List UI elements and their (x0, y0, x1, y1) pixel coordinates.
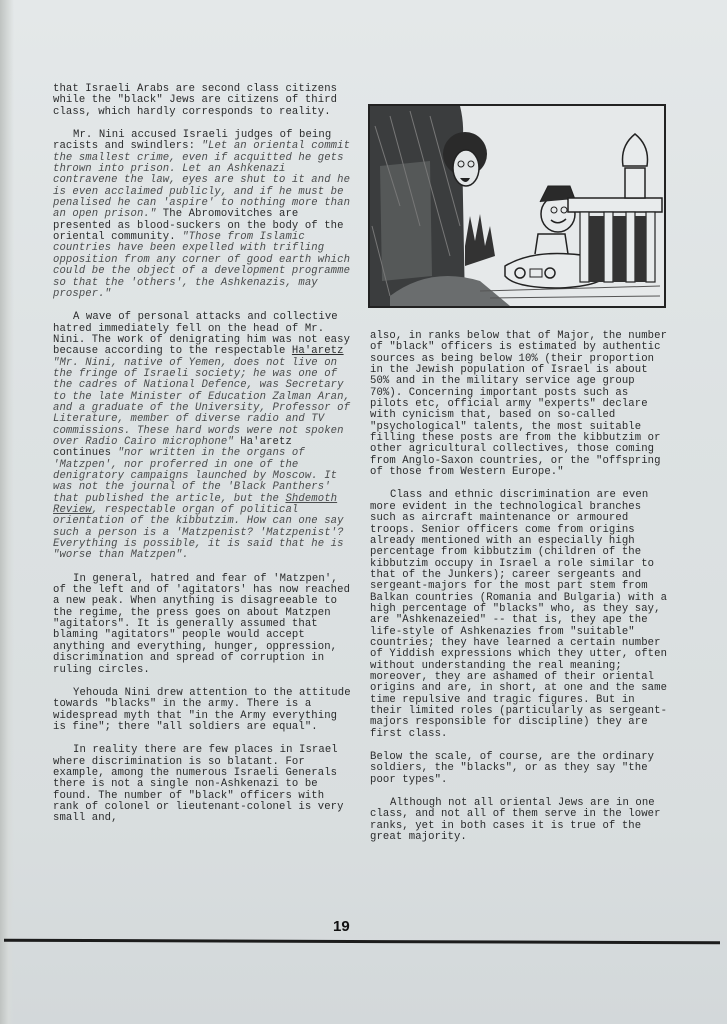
cartoon-drawing-icon (370, 106, 664, 306)
quoted-text: "Mr. Nini, native of Yemen, does not liv… (53, 357, 350, 448)
paragraph: Yehouda Nini drew attention to the attit… (53, 688, 353, 733)
left-text-column: that Israeli Arabs are second class citi… (53, 84, 353, 837)
cartoon-illustration (368, 104, 666, 308)
text-span: Ha'aretz (292, 345, 344, 357)
paragraph: In general, hatred and fear of 'Matzpen'… (53, 574, 353, 676)
paragraph: Mr. Nini accused Israeli judges of being… (53, 130, 353, 300)
paragraph: that Israeli Arabs are second class citi… (53, 84, 353, 118)
paragraph: also, in ranks below that of Major, the … (370, 331, 670, 478)
paragraph: Class and ethnic discrimination are even… (370, 490, 670, 740)
page-number: 19 (333, 918, 350, 935)
footer-rule (4, 939, 720, 944)
right-text-column: also, in ranks below that of Major, the … (370, 331, 670, 855)
paragraph: In reality there are few places in Israe… (53, 745, 353, 824)
scanned-page: that Israeli Arabs are second class citi… (0, 0, 727, 1024)
quoted-text: , respectable organ of political orienta… (53, 504, 344, 561)
paragraph: Although not all oriental Jews are in on… (370, 798, 670, 843)
paragraph: Below the scale, of course, are the ordi… (370, 752, 670, 786)
paragraph: A wave of personal attacks and collectiv… (53, 312, 353, 562)
